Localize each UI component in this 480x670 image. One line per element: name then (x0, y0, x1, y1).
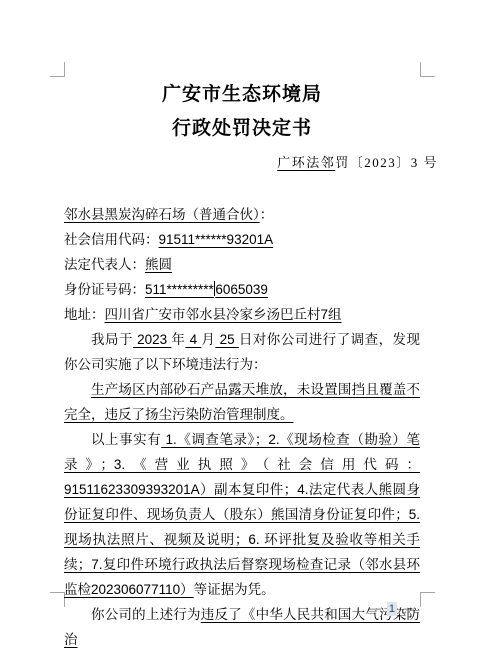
field-legal-representative: 法定代表人：熊圆 (64, 252, 420, 277)
paragraph-investigation-seg1: 我局于 (91, 332, 133, 347)
field-credit-code-label: 社会信用代码： (64, 232, 159, 247)
paragraph-violation: 生产场区内部砂石产品露天堆放，未设置围挡且覆盖不完全，违反了扬尘污染防治管理制度… (64, 377, 420, 427)
document-number-plain: 罚〔2023〕3 号 (335, 155, 438, 170)
page-number: 1 (387, 602, 397, 616)
addressee-colon: ： (260, 207, 274, 222)
paragraph-investigation-year: 2023 (133, 332, 171, 347)
page-number-footer: —1— (370, 602, 414, 616)
text-boundary-mark-bottom-left (50, 592, 65, 607)
text-boundary-mark-top-right (420, 62, 435, 77)
paragraph-evidence-outro: 等证据为凭。 (194, 582, 275, 597)
field-id-number-value: 511*********6065039 (145, 282, 268, 297)
page-number-dash-left: — (370, 603, 381, 615)
text-boundary-mark-top-left (50, 62, 65, 77)
document-text-area[interactable]: 广安市生态环境局 行政处罚决定书 广环法邻罚〔2023〕3 号 邻水县黑炭沟碎石… (64, 76, 420, 652)
document-title-line1: 广安市生态环境局 (64, 80, 420, 110)
field-credit-code-value: 91511******93201A (159, 232, 274, 247)
document-title-line2: 行政处罚决定书 (64, 114, 420, 144)
field-id-number: 身份证号码：511*********6065039 (64, 277, 420, 302)
paragraph-investigation-day: 25 (215, 332, 238, 347)
text-boundary-mark-bottom-right (420, 592, 435, 607)
field-credit-code: 社会信用代码：91511******93201A (64, 227, 420, 252)
paragraph-evidence-intro: 以上事实有 (91, 432, 161, 447)
document-page: 广安市生态环境局 行政处罚决定书 广环法邻罚〔2023〕3 号 邻水县黑炭沟碎石… (0, 0, 480, 670)
field-legal-representative-value: 熊圆 (145, 257, 172, 272)
document-number-underlined: 广环法邻 (277, 155, 335, 170)
field-id-number-value-prefix: 511********* (145, 282, 214, 297)
paragraph-investigation-seg2: 年 (171, 332, 185, 347)
addressee-line: 邻水县黑炭沟碎石场（普通合伙）： (64, 202, 420, 227)
paragraph-investigation-month: 4 (185, 332, 201, 347)
page-number-dash-right: — (403, 603, 414, 615)
document-body: 邻水县黑炭沟碎石场（普通合伙）： 社会信用代码：91511******93201… (64, 202, 420, 652)
field-id-number-value-suffix: 6065039 (215, 282, 268, 297)
field-address: 地址：四川省广安市邻水县冷家乡汤巴丘村7组 (64, 302, 420, 327)
paragraph-law-reference: 你公司的上述行为违反了《中华人民共和国大气污染防治 (64, 602, 420, 652)
addressee-name: 邻水县黑炭沟碎石场（普通合伙） (64, 207, 260, 222)
paragraph-investigation: 我局于 2023 年 4 月 25 日对你公司进行了调查，发现你公司实施了以下环… (64, 327, 420, 377)
document-number: 广环法邻罚〔2023〕3 号 (64, 154, 438, 172)
field-address-label: 地址： (64, 307, 105, 322)
paragraph-violation-text: 生产场区内部砂石产品露天堆放，未设置围挡且覆盖不完全，违反了扬尘污染防治管理制度… (64, 382, 420, 422)
paragraph-law-reference-intro: 你公司的上述行为 (91, 607, 201, 622)
paragraph-evidence: 以上事实有 1.《调查笔录》；2.《现场检查（勘验）笔录》；3.《营业执照》（社… (64, 427, 420, 602)
field-address-value: 四川省广安市邻水县冷家乡汤巴丘村7组 (105, 307, 342, 322)
paragraph-investigation-seg3: 月 (201, 332, 215, 347)
field-legal-representative-label: 法定代表人： (64, 257, 145, 272)
field-id-number-label: 身份证号码： (64, 282, 145, 297)
paragraph-evidence-list: 1.《调查笔录》；2.《现场检查（勘验）笔录》；3.《营业执照》（社会信用代码：… (64, 432, 420, 597)
